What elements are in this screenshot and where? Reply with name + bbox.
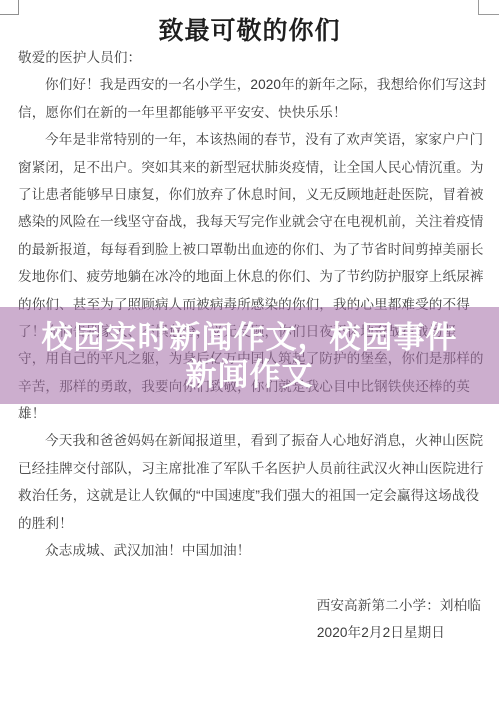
letter-line: 发地你们、疲劳地躺在冰冷的地面上休息的你们、为了节约防护服穿上纸尿裤 [18,263,481,290]
letter-line: 雄！ [18,400,481,427]
watermark-title-line2: 新闻作文 [0,356,499,393]
letter-line: 今年是非常特别的一年，本该热闹的春节，没有了欢声笑语，家家户户门 [18,126,481,153]
letter-line: 信，愿你们在新的一年里都能够平平安安、快快乐乐！ [18,99,481,126]
letter-signature: 西安高新第二小学：刘柏临 [18,592,481,619]
letter-line: 今天我和爸爸妈妈在新闻报道里，看到了振奋人心地好消息，火神山医院 [18,427,481,454]
letter-line: 救治任务，这就是让人钦佩的“中国速度”我们强大的祖国一定会赢得这场战役 [18,482,481,509]
letter-title: 致最可敬的你们 [0,11,499,47]
letter-line: 感染的风险在一线坚守奋战，我每天写完作业就会守在电视机前，关注着疫情 [18,208,481,235]
watermark-title-line1: 校园实时新闻作文，校园事件 [0,319,499,356]
letter-line: 窗紧闭，足不出户。突如其来的新型冠状肺炎疫情，让全国人民心情沉重。为 [18,154,481,181]
blank-line [18,564,481,591]
letter-line: 了让患者能够早日康复，你们放弃了休息时间，义无反顾地赶赴医院，冒着被 [18,181,481,208]
letter-salutation: 敬爱的医护人员们： [18,44,481,71]
letter-date: 2020年2月2日星期日 [18,619,481,646]
letter-line: 的最新报道，每每看到脸上被口罩勒出血迹的你们、为了节省时间剪掉美丽长 [18,236,481,263]
letter-slogan: 众志成城、武汉加油！中国加油！ [18,537,481,564]
watermark-banner: 校园实时新闻作文，校园事件 新闻作文 [0,307,499,404]
letter-line: 已经挂牌交付部队，习主席批准了军队千名医护人员前往武汉火神山医院进行 [18,455,481,482]
letter-page: 致最可敬的你们 敬爱的医护人员们： 你们好！我是西安的一名小学生，2020年的新… [0,0,499,713]
letter-line: 你们好！我是西安的一名小学生，2020年的新年之际，我想给你们写这封 [18,71,481,98]
letter-line: 的胜利！ [18,510,481,537]
